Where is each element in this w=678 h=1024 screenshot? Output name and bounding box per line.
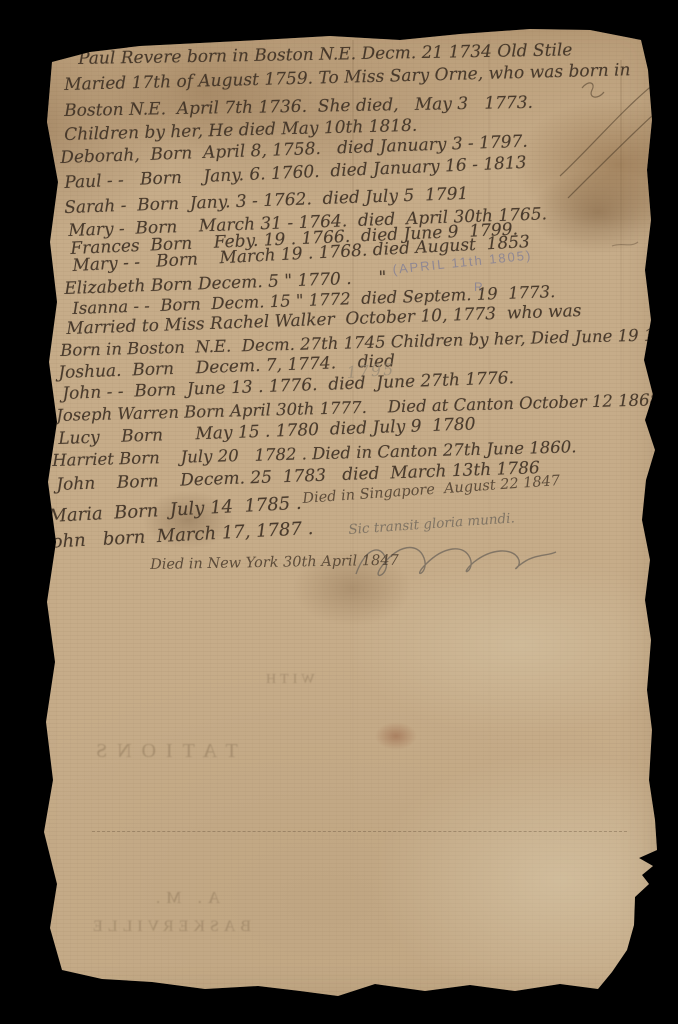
show-through-text: A. M. — [150, 888, 220, 908]
vertical-crease — [352, 40, 354, 984]
handwritten-line: Boston N.E. April 7th 1736. She died, Ma… — [64, 94, 533, 121]
pen-trials — [552, 58, 662, 288]
show-through-text: BASKERVILLE — [88, 918, 251, 936]
paper-sheet: Paul Revere born in Boston N.E. Decm. 21… — [0, 0, 678, 1024]
show-through-type-row — [92, 831, 627, 832]
show-through-text: WITH — [262, 672, 315, 688]
pencil-annotation: Sic transit gloria mundi. — [348, 511, 515, 537]
photo-stage: Paul Revere born in Boston N.E. Decm. 21… — [0, 0, 678, 1024]
show-through-text: TATIONS — [86, 740, 238, 763]
document-viewer-background: { "page": { "background_color": "#000000… — [0, 0, 678, 1024]
